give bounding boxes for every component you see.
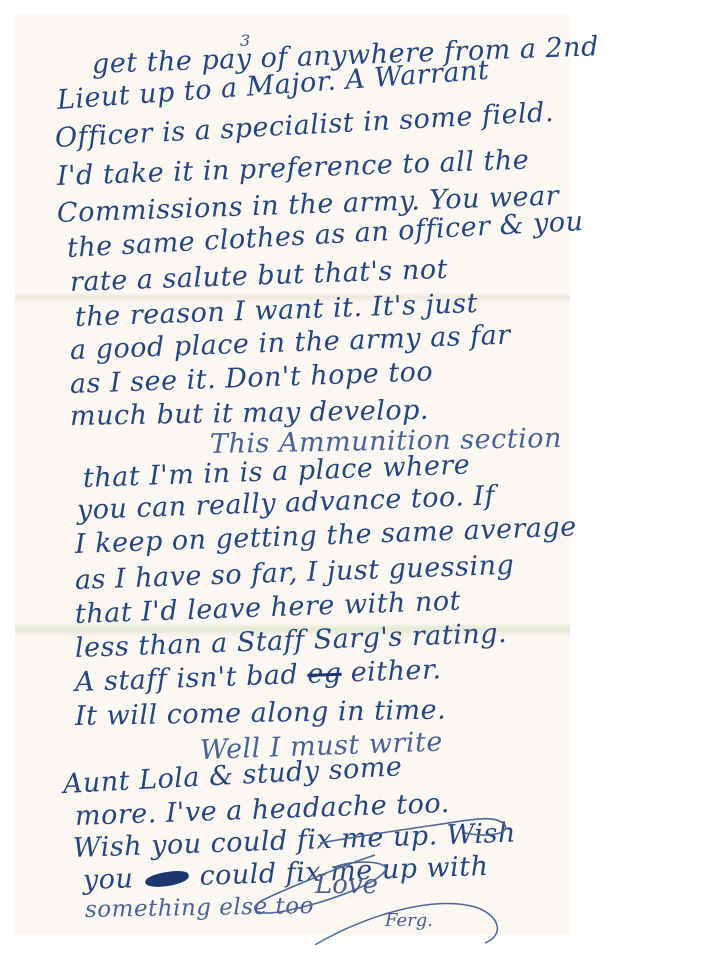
ink-blot-scribble	[144, 869, 190, 889]
letter-line-20: It will come along in time.	[75, 695, 447, 732]
letter-page: 3 get the pay of anywhere from a 2nd Lie…	[15, 15, 570, 935]
letter-signature: Ferg.	[385, 910, 433, 931]
letter-line-25-text: you	[82, 863, 133, 896]
letter-line-19-end: either.	[350, 654, 442, 688]
letter-closing: Love	[315, 870, 378, 900]
letter-line-19-text: A staff isn't bad	[74, 659, 298, 698]
struck-out-word: eg	[307, 658, 342, 690]
